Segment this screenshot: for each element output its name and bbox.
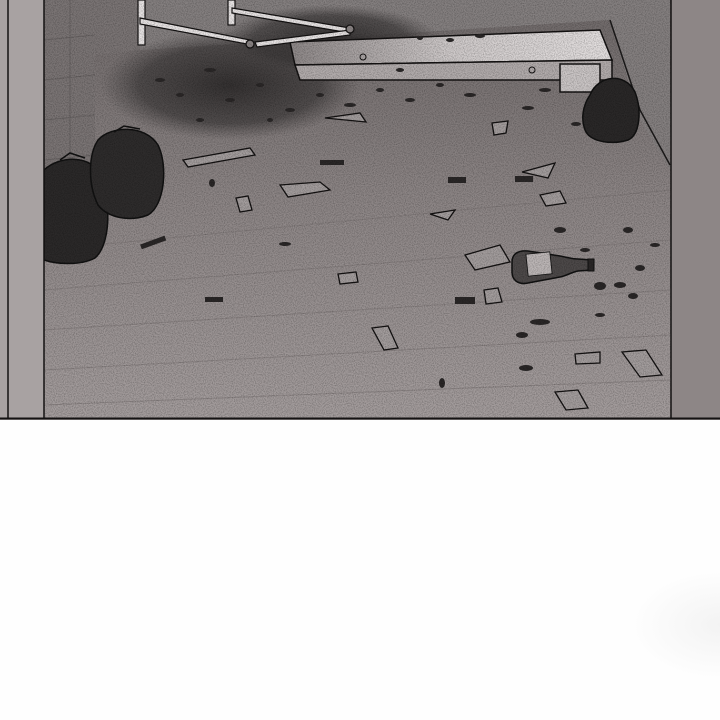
faint-haze	[630, 570, 720, 680]
comic-panel	[0, 0, 720, 420]
blank-gutter	[0, 420, 720, 720]
scene-illustration	[0, 0, 720, 420]
wall-edge-right	[671, 0, 720, 418]
door-frame-left	[0, 0, 44, 418]
